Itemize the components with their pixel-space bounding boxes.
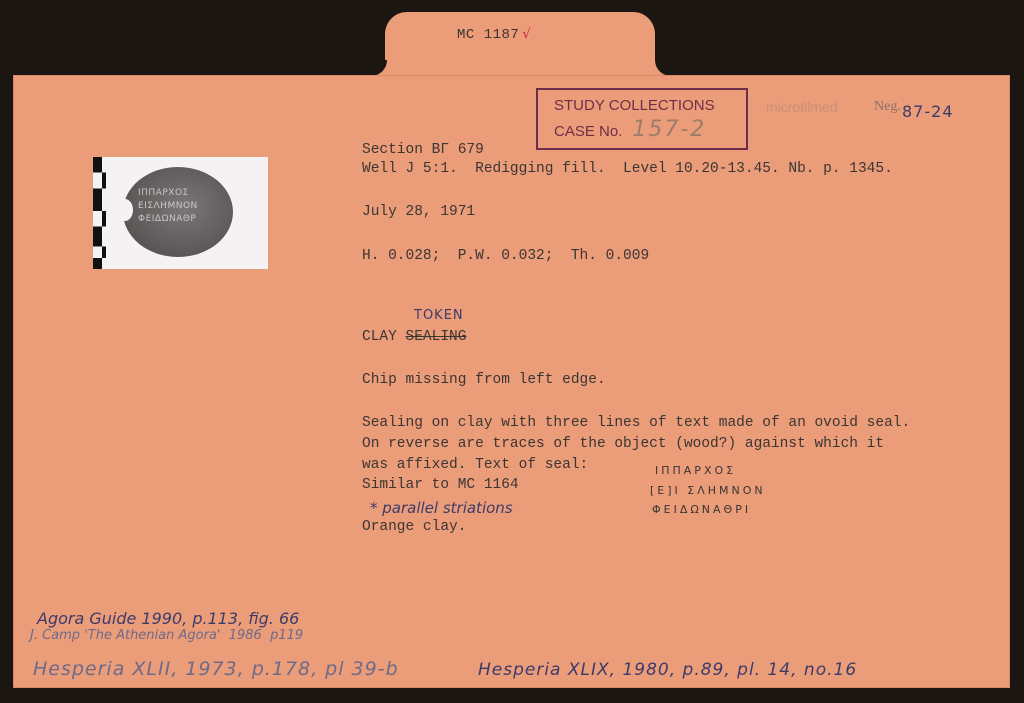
context-line: Well J 5:1. Redigging fill. Level 10.20-… — [362, 161, 893, 177]
neg-number: 87-24 — [902, 102, 954, 121]
seal-chip — [117, 199, 133, 221]
date-line: July 28, 1971 — [362, 204, 475, 220]
case-number: 157-2 — [632, 117, 706, 142]
object-photo: ΙΠΠΑΡΧΟΣ ΕΙΣΛΗΜΝΟΝ ΦΕΙΔΩΝΑΘΡ — [93, 157, 268, 269]
scale-bar-secondary — [102, 157, 106, 269]
seal-inscription: ΙΠΠΑΡΧΟΣ ΕΙΣΛΗΜΝΟΝ ΦΕΙΔΩΝΑΘΡ — [138, 187, 198, 226]
material-line: CLAY SEALING — [362, 329, 466, 345]
similar-line: Similar to MC 1164 — [362, 477, 519, 493]
material-correction: TOKEN — [414, 308, 464, 323]
condition-line: Chip missing from left edge. — [362, 372, 606, 388]
seal-transcription-line-2: [Ε]Ι ΣΛΗΜΝΟΝ — [650, 484, 766, 497]
bib-hesperia-1980: Hesperia XLIX, 1980, p.89, pl. 14, no.16 — [478, 660, 857, 680]
dimensions-line: H. 0.028; P.W. 0.032; Th. 0.009 — [362, 248, 649, 264]
seal-inscription-line: ΙΠΠΑΡΧΟΣ — [138, 187, 198, 200]
fabric-line: Orange clay. — [362, 519, 466, 535]
neg-label: Neg. — [874, 99, 901, 115]
catalog-number-text: MC 1187 — [457, 27, 519, 43]
material-struck: SEALING — [406, 329, 467, 345]
seal-transcription-line-3: ΦΕΙΔΩΝΑΘΡΙ — [652, 503, 751, 516]
card-tab — [385, 12, 655, 82]
tab-corner-left — [371, 60, 387, 76]
case-label: CASE No. — [554, 123, 622, 140]
footnote-handwritten: * parallel striations — [370, 499, 513, 517]
stamp-line-1: STUDY COLLECTIONS — [554, 94, 746, 118]
description-line-1: Sealing on clay with three lines of text… — [362, 415, 910, 431]
microfilmed-stamp: microfilmed — [766, 99, 838, 115]
seal-inscription-line: ΕΙΣΛΗΜΝΟΝ — [138, 200, 198, 213]
scale-bar — [93, 157, 102, 269]
checkmark-icon: √ — [522, 27, 531, 42]
catalog-number: MC 1187√ — [457, 27, 531, 43]
description-line-2: On reverse are traces of the object (woo… — [362, 436, 884, 452]
bib-agora-guide: Agora Guide 1990, p.113, fig. 66 — [37, 609, 299, 628]
bib-camp: J. Camp 'The Athenian Agora' 1986 p119 — [30, 628, 303, 643]
bib-hesperia-1973: Hesperia XLII, 1973, p.178, pl 39-b — [33, 658, 399, 680]
section-line: Section BΓ 679 — [362, 142, 484, 158]
description-line-3: was affixed. Text of seal: — [362, 457, 588, 473]
tab-corner-right — [655, 60, 671, 76]
material-prefix: CLAY — [362, 329, 397, 345]
seal-transcription-line-1: ΙΠΠΑΡΧΟΣ — [655, 464, 736, 477]
study-collections-stamp: STUDY COLLECTIONS CASE No.157-2 — [536, 88, 748, 150]
stamp-line-2: CASE No.157-2 — [554, 118, 746, 144]
seal-inscription-line: ΦΕΙΔΩΝΑΘΡ — [138, 213, 198, 226]
